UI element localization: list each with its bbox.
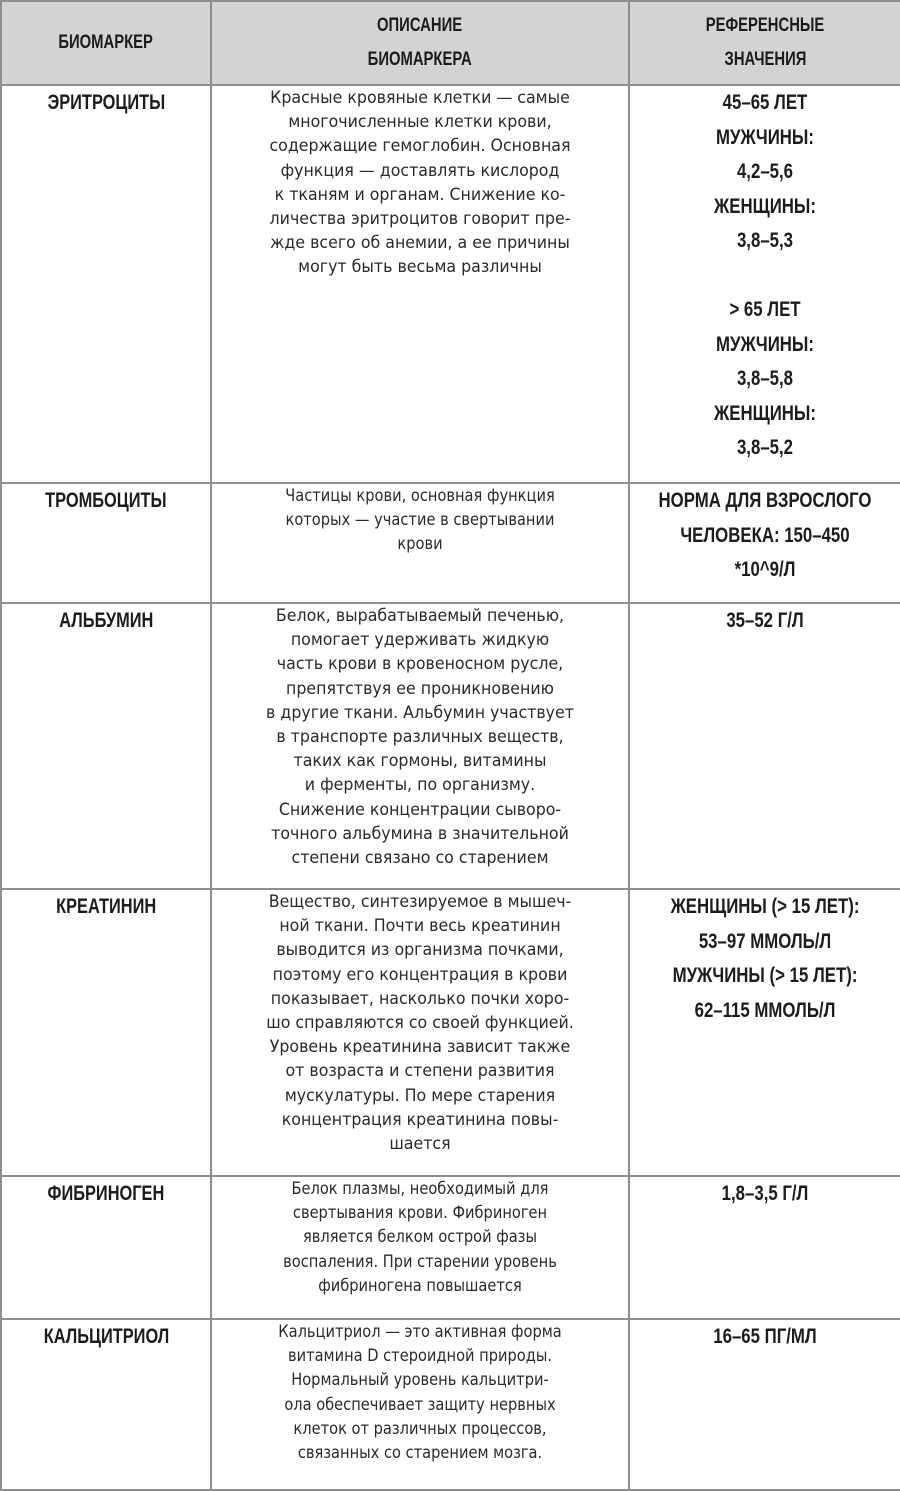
header-biomarker: БИОМАРКЕР	[1, 1, 211, 85]
biomarker-name: КРЕАТИНИН	[1, 889, 211, 1176]
header-biomarker-text: БИОМАРКЕР	[59, 26, 154, 60]
biomarker-reference: 1,8–3,5 Г/Л	[629, 1176, 900, 1319]
text-line: свертывания крови. Фибриноген	[241, 1201, 599, 1225]
biomarker-name-text: ФИБРИНОГЕН	[48, 1177, 165, 1211]
biomarker-name: ТРОМБОЦИТЫ	[1, 483, 211, 603]
table-row: ЭРИТРОЦИТЫ Красные кровяные клетки — сам…	[1, 85, 900, 483]
text-line: МУЖЧИНЫ:	[657, 328, 873, 363]
text-line: является белком острой фазы	[241, 1225, 599, 1249]
text-line: Белок плазмы, необходимый для	[241, 1177, 599, 1201]
biomarker-description: Кальцитриол — это активная формавитамина…	[211, 1319, 629, 1488]
text-line: в транспорте различных веществ,	[227, 725, 614, 749]
biomarker-reference: НОРМА ДЛЯ ВЗРОСЛОГОЧЕЛОВЕКА: 150–450*10^…	[629, 483, 900, 603]
text-line: 35–52 Г/Л	[657, 604, 873, 639]
biomarker-description: Частицы крови, основная функциякоторых —…	[211, 483, 629, 603]
text-line: которых — участие в свертывании	[241, 508, 599, 532]
biomarker-name-text: АЛЬБУМИН	[59, 604, 153, 638]
text-line: в другие ткани. Альбумин участвует	[227, 701, 614, 725]
text-line: Красные кровяные клетки — самые	[227, 86, 614, 110]
text-line: многочисленные клетки крови,	[227, 110, 614, 134]
header-description-line: ОПИСАНИЕ	[377, 9, 462, 43]
text-line: к тканям и органам. Снижение ко-	[227, 183, 614, 207]
header-reference-line: РЕФЕРЕНСНЫЕ	[706, 9, 825, 43]
table-row: ФИБРИНОГЕН Белок плазмы, необходимый для…	[1, 1176, 900, 1319]
text-line: от возраста и степени развития	[227, 1059, 614, 1083]
text-line: выводится из организма почками,	[227, 938, 614, 962]
text-line: Белок, вырабатываемый печенью,	[227, 604, 614, 628]
table-row: АЛЬБУМИН Белок, вырабатываемый печенью,п…	[1, 603, 900, 889]
text-line: показывает, насколько почки хоро-	[227, 987, 614, 1011]
biomarker-name-text: КРЕАТИНИН	[56, 890, 156, 924]
text-line: препятствуя ее проникновению	[227, 677, 614, 701]
text-line: 4,2–5,6	[657, 155, 873, 190]
biomarker-reference: 35–52 Г/Л	[629, 603, 900, 889]
text-line: 62–115 ММОЛЬ/Л	[657, 994, 873, 1029]
text-line: ной ткани. Почти весь креатинин	[227, 914, 614, 938]
text-line: 16–65 ПГ/МЛ	[657, 1320, 873, 1355]
biomarker-description: Вещество, синтезируемое в мышеч-ной ткан…	[211, 889, 629, 1176]
table-header-row: БИОМАРКЕР ОПИСАНИЕ БИОМАРКЕРА РЕФЕРЕНСНЫ…	[1, 1, 900, 85]
biomarker-description: Красные кровяные клетки — самыемногочисл…	[211, 85, 629, 483]
biomarker-name-text: ЭРИТРОЦИТЫ	[47, 86, 165, 120]
text-line: 53–97 ММОЛЬ/Л	[657, 925, 873, 960]
text-line: ЖЕНЩИНЫ:	[657, 397, 873, 432]
text-line: крови	[241, 532, 599, 556]
text-line: шается	[227, 1132, 614, 1156]
text-line: *10^9/Л	[657, 553, 873, 588]
text-line: концентрация креатинина повы-	[227, 1108, 614, 1132]
header-description: ОПИСАНИЕ БИОМАРКЕРА	[211, 1, 629, 85]
biomarker-reference: 16–65 ПГ/МЛ	[629, 1319, 900, 1488]
text-line: 1,8–3,5 Г/Л	[657, 1177, 873, 1212]
text-line: воспаления. При старении уровень	[241, 1250, 599, 1274]
text-line: витамина D стероидной природы.	[241, 1344, 599, 1368]
text-line: > 65 ЛЕТ	[657, 293, 873, 328]
text-line: содержащие гемоглобин. Основная	[227, 134, 614, 158]
text-line: ола обеспечивает защиту нервных	[241, 1393, 599, 1417]
biomarker-name: АЛЬБУМИН	[1, 603, 211, 889]
text-line: 3,8–5,8	[657, 362, 873, 397]
biomarker-reference: 45–65 ЛЕТМУЖЧИНЫ:4,2–5,6ЖЕНЩИНЫ:3,8–5,3 …	[629, 85, 900, 483]
header-description-line: БИОМАРКЕРА	[368, 43, 472, 77]
header-reference-line: ЗНАЧЕНИЯ	[724, 43, 806, 77]
text-line: НОРМА ДЛЯ ВЗРОСЛОГО	[657, 484, 873, 519]
biomarker-name-text: КАЛЬЦИТРИОЛ	[43, 1320, 169, 1354]
text-line: Частицы крови, основная функция	[241, 484, 599, 508]
text-line: МУЖЧИНЫ:	[657, 121, 873, 156]
text-line: личества эритроцитов говорит пре-	[227, 207, 614, 231]
text-line: 45–65 ЛЕТ	[657, 86, 873, 121]
text-line: 3,8–5,3	[657, 224, 873, 259]
text-line: функция — доставлять кислород	[227, 159, 614, 183]
text-line: могут быть весьма различны	[227, 255, 614, 279]
table-row: КАЛЬЦИТРИОЛ Кальцитриол — это активная ф…	[1, 1319, 900, 1488]
biomarker-name-text: ТРОМБОЦИТЫ	[45, 484, 166, 518]
text-line: поэтому его концентрация в крови	[227, 963, 614, 987]
text-line: ЖЕНЩИНЫ:	[657, 190, 873, 225]
header-reference: РЕФЕРЕНСНЫЕ ЗНАЧЕНИЯ	[629, 1, 900, 85]
text-line: мускулатуры. По мере старения	[227, 1084, 614, 1108]
text-line	[657, 259, 873, 294]
table-row: КРЕАТИНИН Вещество, синтезируемое в мыше…	[1, 889, 900, 1176]
biomarker-name: КАЛЬЦИТРИОЛ	[1, 1319, 211, 1488]
biomarker-name: ЭРИТРОЦИТЫ	[1, 85, 211, 483]
text-line: помогает удерживать жидкую	[227, 628, 614, 652]
biomarker-reference: ЖЕНЩИНЫ (> 15 ЛЕТ):53–97 ММОЛЬ/ЛМУЖЧИНЫ …	[629, 889, 900, 1176]
text-line: ЧЕЛОВЕКА: 150–450	[657, 519, 873, 554]
table-row: ТРОМБОЦИТЫ Частицы крови, основная функц…	[1, 483, 900, 603]
text-line: жде всего об анемии, а ее причины	[227, 231, 614, 255]
text-line: точного альбумина в значительной	[227, 822, 614, 846]
text-line: и ферменты, по организму.	[227, 773, 614, 797]
text-line: ЖЕНЩИНЫ (> 15 ЛЕТ):	[657, 890, 873, 925]
biomarker-table: БИОМАРКЕР ОПИСАНИЕ БИОМАРКЕРА РЕФЕРЕНСНЫ…	[0, 0, 900, 1488]
biomarker-name: ФИБРИНОГЕН	[1, 1176, 211, 1319]
text-line: фибриногена повышается	[241, 1274, 599, 1298]
text-line: Кальцитриол — это активная форма	[241, 1320, 599, 1344]
text-line: клеток от различных процессов,	[241, 1417, 599, 1441]
text-line: таких как гормоны, витамины	[227, 749, 614, 773]
biomarker-description: Белок плазмы, необходимый длясвертывания…	[211, 1176, 629, 1319]
text-line: шо справляются со своей функцией.	[227, 1011, 614, 1035]
biomarker-description: Белок, вырабатываемый печенью,помогает у…	[211, 603, 629, 889]
text-line: часть крови в кровеносном русле,	[227, 652, 614, 676]
text-line: степени связано со старением	[227, 846, 614, 870]
text-line: Вещество, синтезируемое в мышеч-	[227, 890, 614, 914]
text-line: Нормальный уровень кальцитри-	[241, 1368, 599, 1392]
text-line: Уровень креатинина зависит также	[227, 1035, 614, 1059]
text-line: МУЖЧИНЫ (> 15 ЛЕТ):	[657, 959, 873, 994]
text-line: 3,8–5,2	[657, 431, 873, 466]
text-line: Снижение концентрации сыворо-	[227, 798, 614, 822]
text-line: связанных со старением мозга.	[241, 1441, 599, 1465]
